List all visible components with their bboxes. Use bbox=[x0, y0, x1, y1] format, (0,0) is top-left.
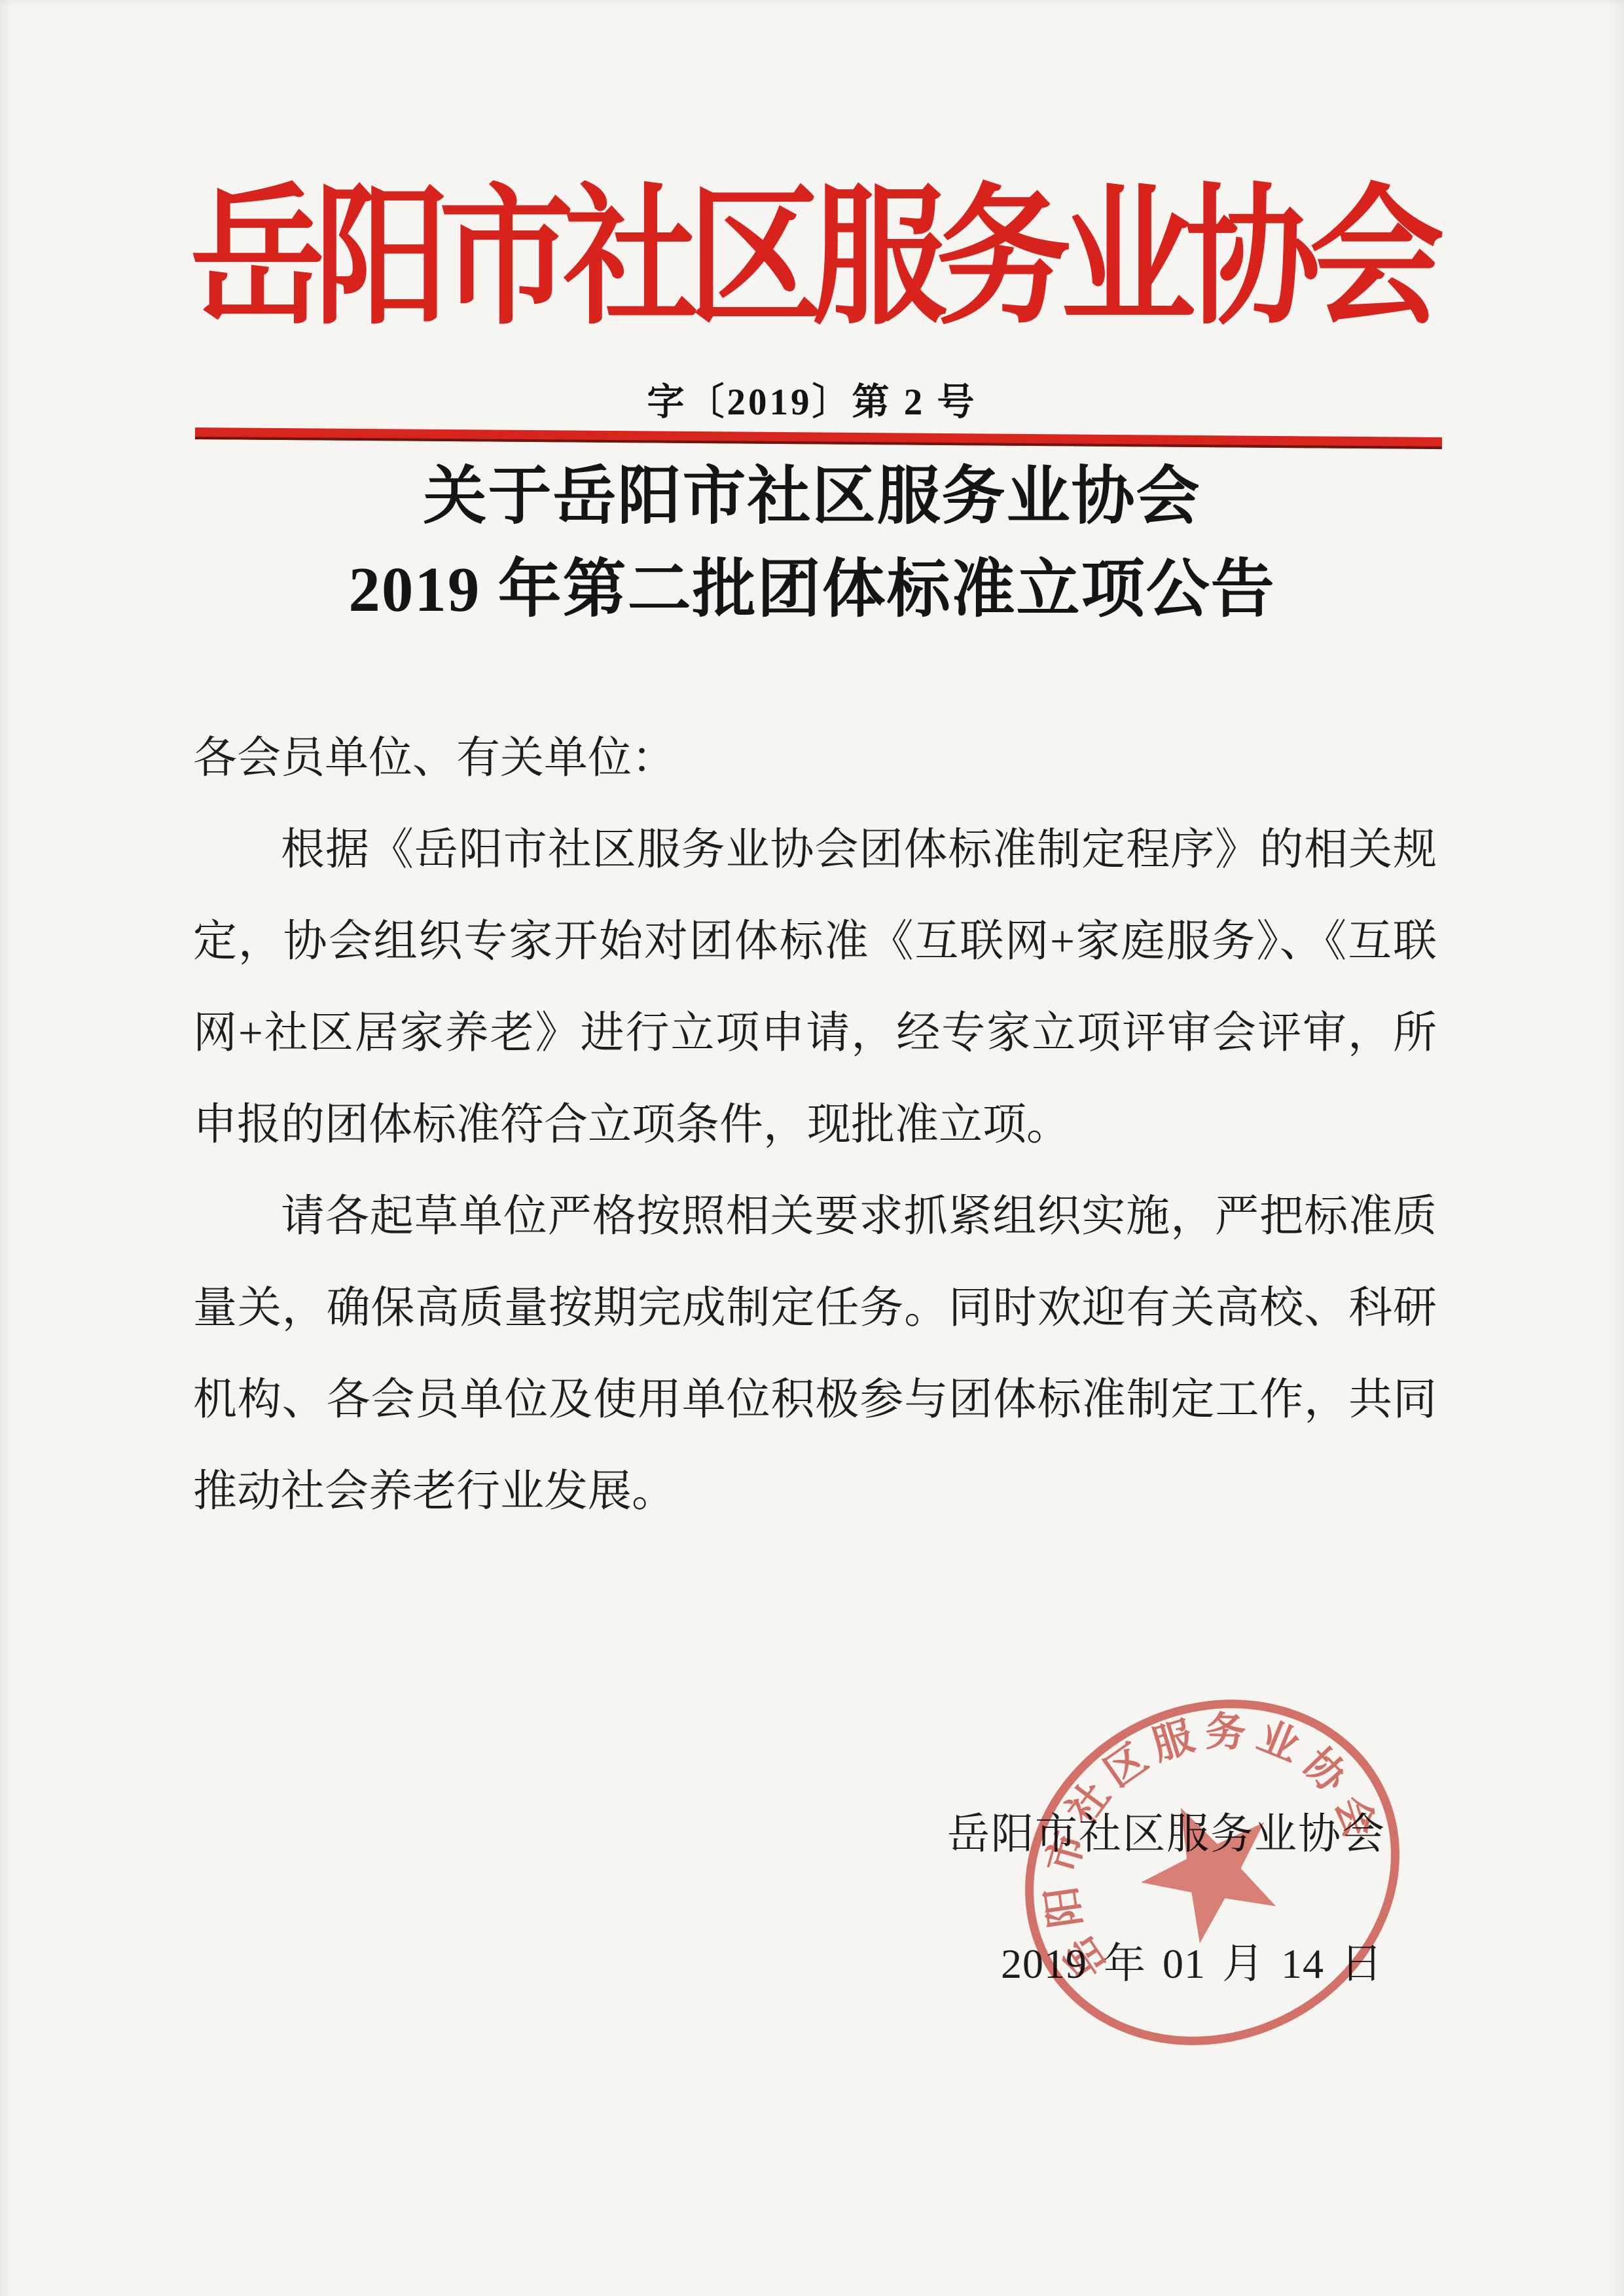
doc-reference-number: 字〔2019〕第 2 号 bbox=[0, 372, 1624, 426]
red-divider-rule bbox=[195, 428, 1442, 449]
scanned-document-page: 岳阳市社区服务业协会 字〔2019〕第 2 号 关于岳阳市社区服务业协会 201… bbox=[0, 0, 1624, 2296]
body-paragraph-2: 请各起草单位严格按照相关要求抓紧组织实施，严把标准质量关，确保高质量按期完成制定… bbox=[193, 1171, 1437, 1537]
salutation-line: 各会员单位、有关单位： bbox=[193, 712, 1437, 804]
announcement-body: 各会员单位、有关单位： 根据《岳阳市社区服务业协会团体标准制定程序》的相关规定，… bbox=[193, 712, 1437, 1537]
announcement-title-line1: 关于岳阳市社区服务业协会 bbox=[0, 450, 1624, 543]
org-red-header-title: 岳阳市社区服务业协会 bbox=[0, 164, 1624, 354]
official-seal: 岳阳市社区服务业协会 bbox=[1008, 1668, 1416, 2077]
seal-rotated-group: 岳阳市社区服务业协会 bbox=[1008, 1668, 1416, 2077]
body-paragraph-1: 根据《岳阳市社区服务业协会团体标准制定程序》的相关规定，协会组织专家开始对团体标… bbox=[193, 804, 1437, 1171]
seal-star-icon bbox=[1119, 1777, 1299, 1955]
announcement-title-line2: 2019 年第二批团体标准立项公告 bbox=[0, 543, 1624, 636]
announcement-title: 关于岳阳市社区服务业协会 2019 年第二批团体标准立项公告 bbox=[0, 450, 1624, 636]
